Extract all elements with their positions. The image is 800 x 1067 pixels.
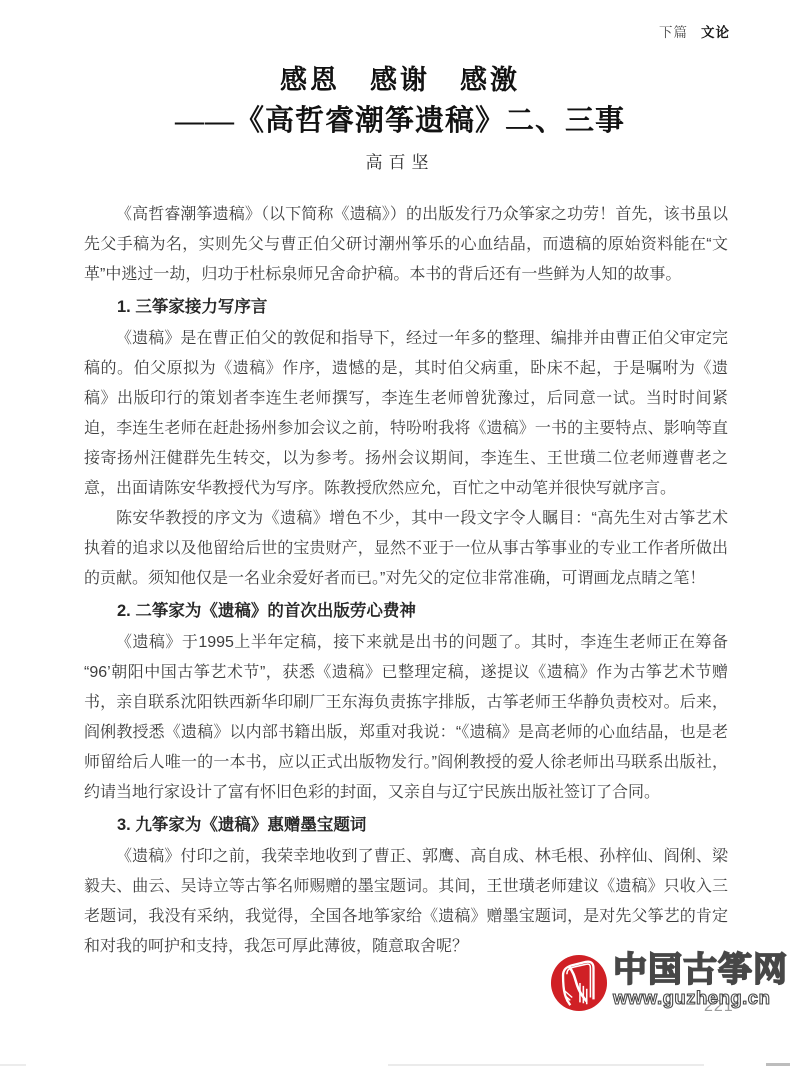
- section-heading-1: 1. 三筝家接力写序言: [84, 292, 728, 322]
- paragraph-section2: 《遗稿》于1995上半年定稿，接下来就是出书的问题了。其时，李连生老师正在筹备“…: [84, 628, 728, 808]
- paragraph-section1-b: 陈安华教授的序文为《遗稿》增色不少，其中一段文字令人瞩目：“高先生对古筝艺术执着…: [84, 504, 728, 594]
- scan-edge-artifact: [0, 1063, 800, 1066]
- paragraph-intro: 《高哲睿潮筝遗稿》（以下简称《遗稿》）的出版发行乃众筝家之功劳！首先，该书虽以先…: [84, 200, 728, 290]
- section-heading-3: 3. 九筝家为《遗稿》惠赠墨宝题词: [84, 810, 728, 840]
- running-head: 下篇文论: [659, 21, 730, 41]
- paragraph-section1-a: 《遗稿》是在曹正伯父的敦促和指导下，经过一年多的整理、编排并由曹正伯父审定完稿的…: [84, 324, 728, 504]
- article-title-line1: 感恩 感谢 感激: [0, 62, 800, 98]
- running-head-section: 文论: [701, 25, 730, 40]
- guzheng-site-watermark: 中国古筝网 www.guzheng.cn: [548, 948, 788, 1018]
- article-title-line2: ——《高哲睿潮筝遗稿》二、三事: [0, 100, 800, 142]
- article-author: 高百坚: [0, 151, 800, 175]
- article-body: 《高哲睿潮筝遗稿》（以下简称《遗稿》）的出版发行乃众筝家之功劳！首先，该书虽以先…: [84, 200, 728, 962]
- document-page: 下篇文论 感恩 感谢 感激 ——《高哲睿潮筝遗稿》二、三事 高百坚 《高哲睿潮筝…: [0, 0, 800, 1067]
- watermark-site-url: www.guzheng.cn: [613, 988, 783, 1008]
- paragraph-section3: 《遗稿》付印之前，我荣幸地收到了曹正、郭鹰、高自成、林毛根、孙梓仙、阎俐、梁毅夫…: [84, 842, 728, 962]
- scan-edge-segment: [766, 1063, 790, 1066]
- guzheng-logo-icon: [550, 953, 608, 1013]
- section-heading-2: 2. 二筝家为《遗稿》的首次出版劳心费神: [84, 596, 728, 626]
- running-head-part: 下篇: [659, 25, 688, 40]
- scan-edge-segment: [0, 1064, 26, 1066]
- scan-edge-segment: [388, 1064, 704, 1066]
- watermark-site-name: 中国古筝网: [613, 951, 783, 989]
